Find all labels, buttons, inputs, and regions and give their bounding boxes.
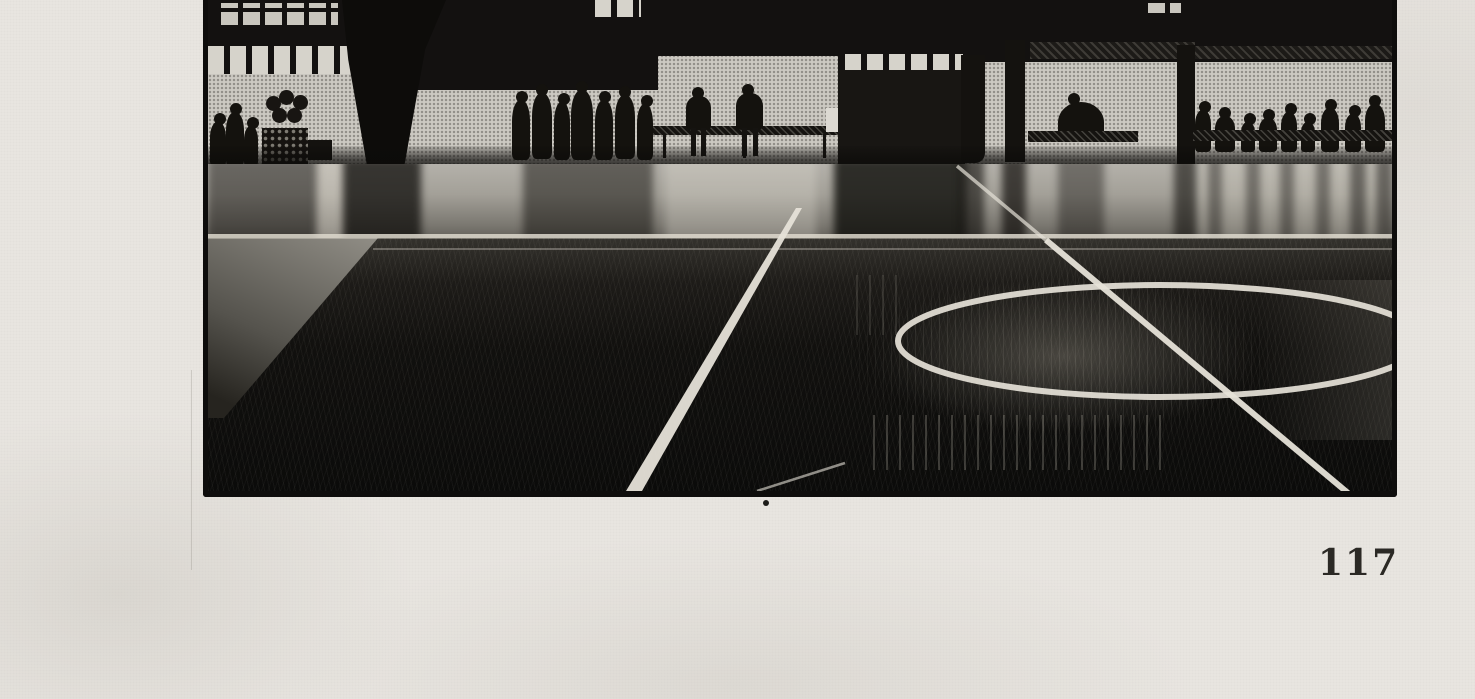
center-circle	[898, 285, 1392, 397]
half-court-line	[1046, 240, 1348, 491]
sideline	[208, 234, 1392, 239]
gym-panel-artwork	[208, 0, 1392, 491]
ink-speck	[763, 500, 769, 506]
court-lines	[208, 0, 1392, 491]
half-court-line-upper	[957, 166, 1048, 242]
sideline-faint	[373, 248, 1392, 250]
left-court-line	[626, 208, 802, 491]
paper-crease	[191, 370, 192, 570]
page-number: 117	[1318, 542, 1399, 584]
gym-panel	[203, 0, 1397, 497]
faint-bottom-line	[757, 463, 845, 491]
manga-page: 117	[0, 0, 1475, 699]
